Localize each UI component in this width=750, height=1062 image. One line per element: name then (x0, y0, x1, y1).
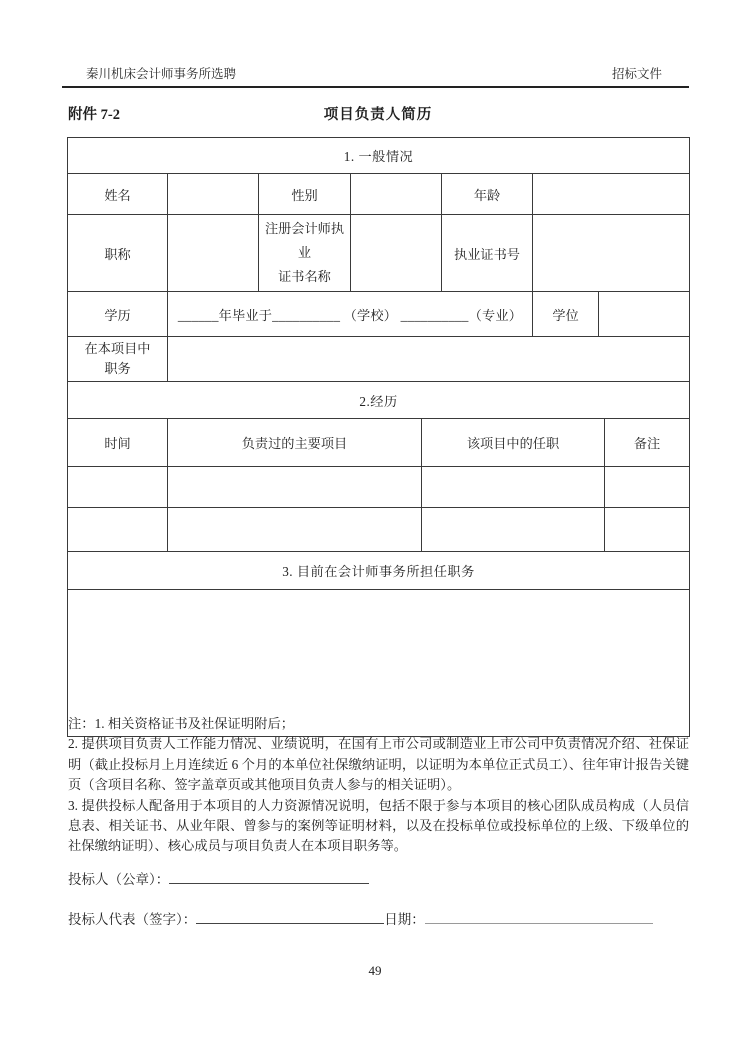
cpa-cert-input-cell (351, 215, 442, 292)
experience-col-time: 时间 (68, 419, 168, 467)
gender-input-cell (351, 174, 442, 215)
experience-project-cell (168, 508, 422, 552)
running-header: 秦川机床会计师事务所选聘 招标文件 (86, 64, 662, 82)
header-rule (62, 86, 689, 88)
experience-row-1 (68, 467, 690, 508)
age-label: 年龄 (442, 174, 533, 215)
section1-title: 1. 一般情况 (68, 138, 690, 174)
page-title: 项目负责人简历 (67, 103, 689, 124)
bidder-rep-line: 投标人代表（签字）：日期： (68, 908, 653, 928)
header-right-text: 招标文件 (612, 64, 662, 82)
header-left-text: 秦川机床会计师事务所选聘 (86, 64, 236, 82)
experience-remark-cell (605, 508, 690, 552)
experience-remark-cell (605, 467, 690, 508)
experience-time-cell (68, 508, 168, 552)
degree-label: 学位 (533, 292, 599, 337)
bidder-rep-blank (196, 910, 384, 924)
job-title-input-cell (168, 215, 259, 292)
notes-block: 注：1. 相关资格证书及社保证明附后； 2. 提供项目负责人工作能力情况、业绩说… (68, 714, 689, 857)
experience-position-cell (422, 508, 605, 552)
education-blank-line: ______年毕业于__________ （学校） __________（专业） (168, 292, 533, 337)
experience-time-cell (68, 467, 168, 508)
bidder-rep-label: 投标人代表（签字）： (68, 912, 196, 927)
project-role-input-cell (168, 337, 690, 382)
bidder-seal-blank (169, 870, 369, 884)
experience-position-cell (422, 467, 605, 508)
section3-title: 3. 目前在会计师事务所担任职务 (68, 552, 690, 590)
job-title-label: 职称 (68, 215, 168, 292)
cpa-cert-label: 注册会计师执业 证书名称 (259, 215, 351, 292)
experience-table: 时间 负责过的主要项目 该项目中的任职 备注 (67, 418, 690, 552)
experience-col-projects: 负责过的主要项目 (168, 419, 422, 467)
experience-col-remark: 备注 (605, 419, 690, 467)
license-no-label: 执业证书号 (442, 215, 533, 292)
degree-input-cell (599, 292, 690, 337)
bidder-seal-label: 投标人（公章）： (68, 872, 169, 887)
document-page: 秦川机床会计师事务所选聘 招标文件 附件 7-2 项目负责人简历 1. 一般情况… (0, 0, 750, 1062)
page-number: 49 (0, 963, 750, 979)
gender-label: 性别 (259, 174, 351, 215)
experience-project-cell (168, 467, 422, 508)
note-1: 注：1. 相关资格证书及社保证明附后； (68, 714, 689, 734)
experience-col-position: 该项目中的任职 (422, 419, 605, 467)
age-input-cell (533, 174, 690, 215)
bidder-seal-line: 投标人（公章）： (68, 868, 369, 888)
current-position-table: 3. 目前在会计师事务所担任职务 (67, 551, 690, 737)
title-row: 附件 7-2 项目负责人简历 (67, 103, 689, 123)
name-label: 姓名 (68, 174, 168, 215)
license-no-input-cell (533, 215, 690, 292)
date-blank (425, 910, 653, 924)
education-label: 学历 (68, 292, 168, 337)
section2-title: 2.经历 (68, 382, 690, 419)
experience-row-2 (68, 508, 690, 552)
date-label: 日期： (384, 912, 425, 927)
project-role-label: 在本项目中 职务 (68, 337, 168, 382)
note-3: 3. 提供投标人配备用于本项目的人力资源情况说明，包括不限于参与本项目的核心团队… (68, 796, 689, 857)
name-input-cell (168, 174, 259, 215)
note-2: 2. 提供项目负责人工作能力情况、业绩说明，在国有上市公司或制造业上市公司中负责… (68, 734, 689, 795)
resume-form: 1. 一般情况 姓名 性别 年龄 职称 注册会计师执业 证书名称 执业证书号 学… (67, 137, 689, 737)
general-info-table: 1. 一般情况 姓名 性别 年龄 职称 注册会计师执业 证书名称 执业证书号 学… (67, 137, 690, 419)
